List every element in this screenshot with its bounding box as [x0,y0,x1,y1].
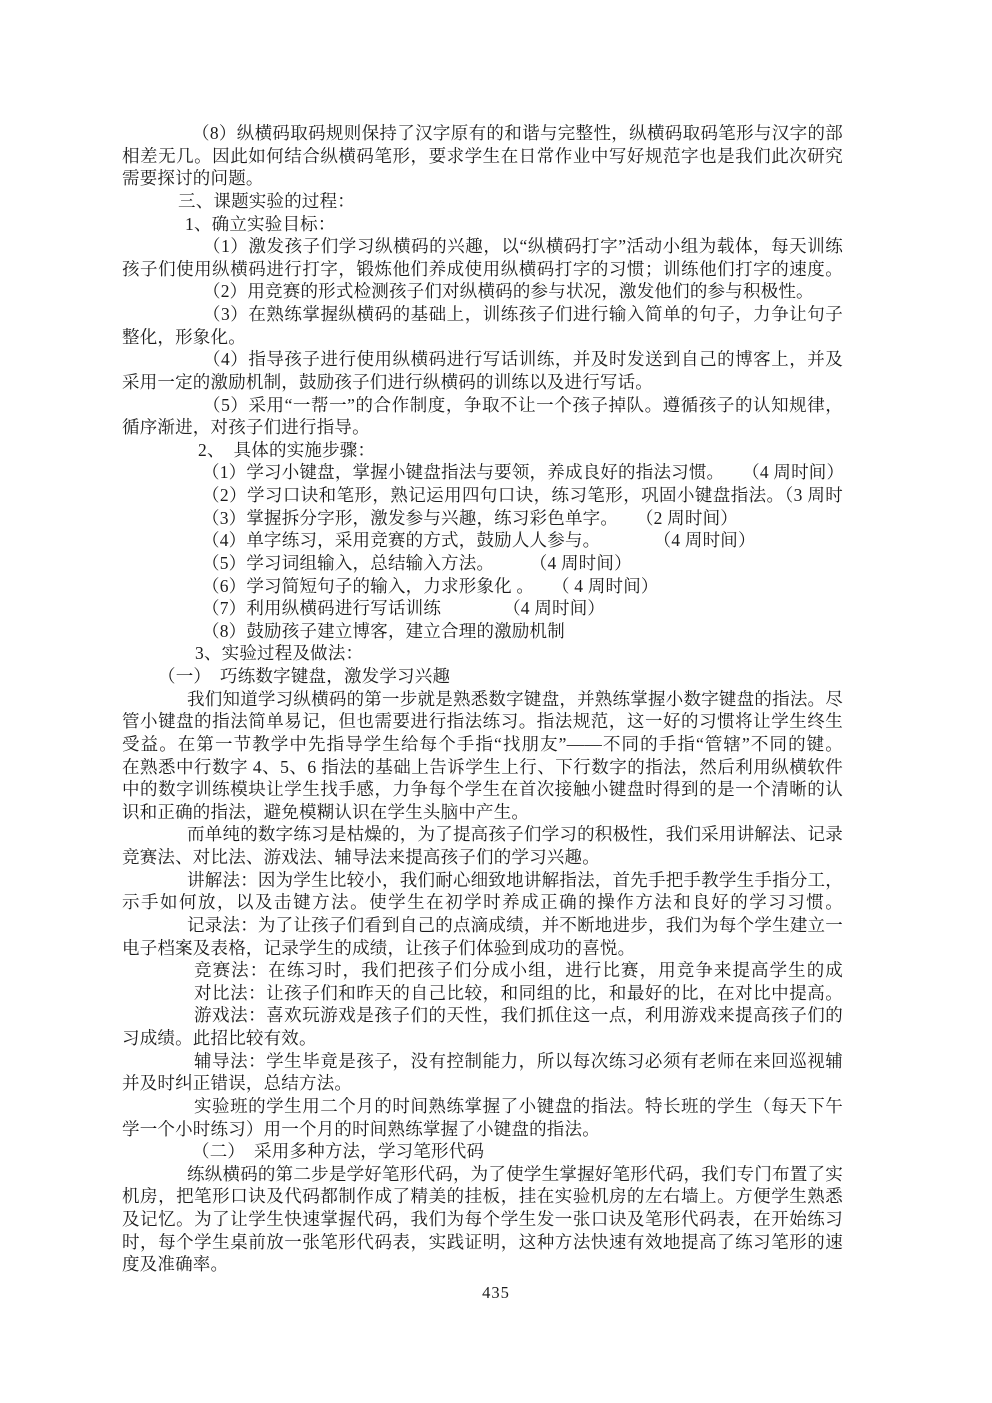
text-line: 受益。在第一节教学中先指导学生给每个手指“找朋友”——不同的手指“管辖”不同的键… [122,733,843,756]
text-line: （8）鼓励孩子建立博客，建立合理的激励机制 [122,620,843,643]
text-line: （4）指导孩子进行使用纵横码进行写话训练，并及时发送到自己的博客上，并及时 [122,348,843,371]
text-line: 竞赛法：在练习时，我们把孩子们分成小组，进行比赛，用竞争来提高学生的成绩。 [122,959,843,982]
text-line: （2）学习口诀和笔形，熟记运用四句口诀，练习笔形，巩固小键盘指法。（3 周时间） [122,484,843,507]
text-line: 讲解法：因为学生比较小，我们耐心细致地讲解指法，首先手把手教学生手指分工，演 [122,869,843,892]
text-line: 时，每个学生桌前放一张笔形代码表，实践证明，这种方法快速有效地提高了练习笔形的速 [122,1231,843,1254]
text-line: 练纵横码的第二步是学好笔形代码，为了使学生掌握好笔形代码，我们专门布置了实验 [122,1163,843,1186]
text-line: 学一个小时练习）用一个月的时间熟练掌握了小键盘的指法。 [122,1118,843,1141]
text-line: （1）学习小键盘，掌握小键盘指法与要领，养成良好的指法习惯。 （4 周时间） [122,461,843,484]
text-line: 对比法：让孩子们和昨天的自己比较，和同组的比，和最好的比，在对比中提高。 [122,982,843,1005]
text-line: （一） 巧练数字键盘，激发学习兴趣 [122,665,843,688]
text-line: 循序渐进，对孩子们进行指导。 [122,416,843,439]
text-line: 而单纯的数字练习是枯燥的，为了提高孩子们学习的积极性，我们采用讲解法、记录法、 [122,823,843,846]
text-line: 采用一定的激励机制，鼓励孩子们进行纵横码的训练以及进行写话。 [122,371,843,394]
text-line: （3）掌握拆分字形，激发参与兴趣，练习彩色单字。 （2 周时间） [122,507,843,530]
text-line: （5）采用“一帮一”的合作制度，争取不让一个孩子掉队。遵循孩子的认知规律， [122,394,843,417]
text-line: 机房，把笔形口诀及代码都制作成了精美的挂板，挂在实验机房的左右墙上。方便学生熟悉 [122,1185,843,1208]
text-line: 2、 具体的实施步骤： [122,439,843,462]
text-line: 需要探讨的问题。 [122,167,843,190]
text-line: 三、课题实验的过程： [122,190,843,213]
text-line: 记录法：为了让孩子们看到自己的点滴成绩，并不断地进步，我们为每个学生建立一个 [122,914,843,937]
text-line: （1）激发孩子们学习纵横码的兴趣，以“纵横码打字”活动小组为载体，每天训练 [122,235,843,258]
document-body: （8）纵横码取码规则保持了汉字原有的和谐与完整性，纵横码取码笔形与汉字的部首相差… [122,122,843,1276]
text-line: 1、确立实验目标： [122,213,843,236]
text-line: （6）学习简短句子的输入，力求形象化 。 （ 4 周时间） [122,575,843,598]
text-line: （5）学习词组输入，总结输入方法。 （4 周时间） [122,552,843,575]
text-line: 习成绩。此招比较有效。 [122,1027,843,1050]
text-line: 识和正确的指法，避免模糊认识在学生头脑中产生。 [122,801,843,824]
text-line: 及记忆。为了让学生快速掌握代码，我们为每个学生发一张口诀及笔形代码表，在开始练习 [122,1208,843,1231]
text-line: 竞赛法、对比法、游戏法、辅导法来提高孩子们的学习兴趣。 [122,846,843,869]
text-line: 并及时纠正错误，总结方法。 [122,1072,843,1095]
text-line: 电子档案及表格，记录学生的成绩，让孩子们体验到成功的喜悦。 [122,937,843,960]
text-line: （二） 采用多种方法，学习笔形代码 [122,1140,843,1163]
text-line: 相差无几。因此如何结合纵横码笔形，要求学生在日常作业中写好规范字也是我们此次研究 [122,145,843,168]
text-line: 我们知道学习纵横码的第一步就是熟悉数字键盘，并熟练掌握小数字键盘的指法。尽 [122,688,843,711]
text-line: （3）在熟练掌握纵横码的基础上，训练孩子们进行输入简单的句子，力争让句子完 [122,303,843,326]
text-line: 孩子们使用纵横码进行打字，锻炼他们养成使用纵横码打字的习惯；训练他们打字的速度。 [122,258,843,281]
text-line: 在熟悉中行数字 4、5、6 指法的基础上告诉学生上行、下行数字的指法，然后利用纵… [122,756,843,779]
text-line: 3、实验过程及做法： [122,642,843,665]
text-line: 辅导法：学生毕竟是孩子，没有控制能力，所以每次练习必须有老师在来回巡视辅导， [122,1050,843,1073]
text-line: 实验班的学生用二个月的时间熟练掌握了小键盘的指法。特长班的学生（每天下午放 [122,1095,843,1118]
text-line: （2）用竞赛的形式检测孩子们对纵横码的参与状况，激发他们的参与积极性。 [122,280,843,303]
text-line: 管小键盘的指法简单易记，但也需要进行指法练习。指法规范，这一好的习惯将让学生终生 [122,710,843,733]
page-number: 435 [0,1283,992,1303]
text-line: 中的数字训练模块让学生找手感，力争每个学生在首次接触小键盘时得到的是一个清晰的认 [122,778,843,801]
text-line: （7）利用纵横码进行写话训练 （4 周时间） [122,597,843,620]
text-line: 度及准确率。 [122,1253,843,1276]
text-line: （4）单字练习，采用竞赛的方式，鼓励人人参与。 （4 周时间） [122,529,843,552]
document-page: （8）纵横码取码规则保持了汉字原有的和谐与完整性，纵横码取码笔形与汉字的部首相差… [0,0,992,1403]
text-line: 游戏法：喜欢玩游戏是孩子们的天性，我们抓住这一点，利用游戏来提高孩子们的练 [122,1004,843,1027]
text-line: 整化，形象化。 [122,326,843,349]
text-line: （8）纵横码取码规则保持了汉字原有的和谐与完整性，纵横码取码笔形与汉字的部首 [122,122,843,145]
text-line: 示手如何放，以及击键方法。使学生在初学时养成正确的操作方法和良好的学习习惯。 [122,891,843,914]
